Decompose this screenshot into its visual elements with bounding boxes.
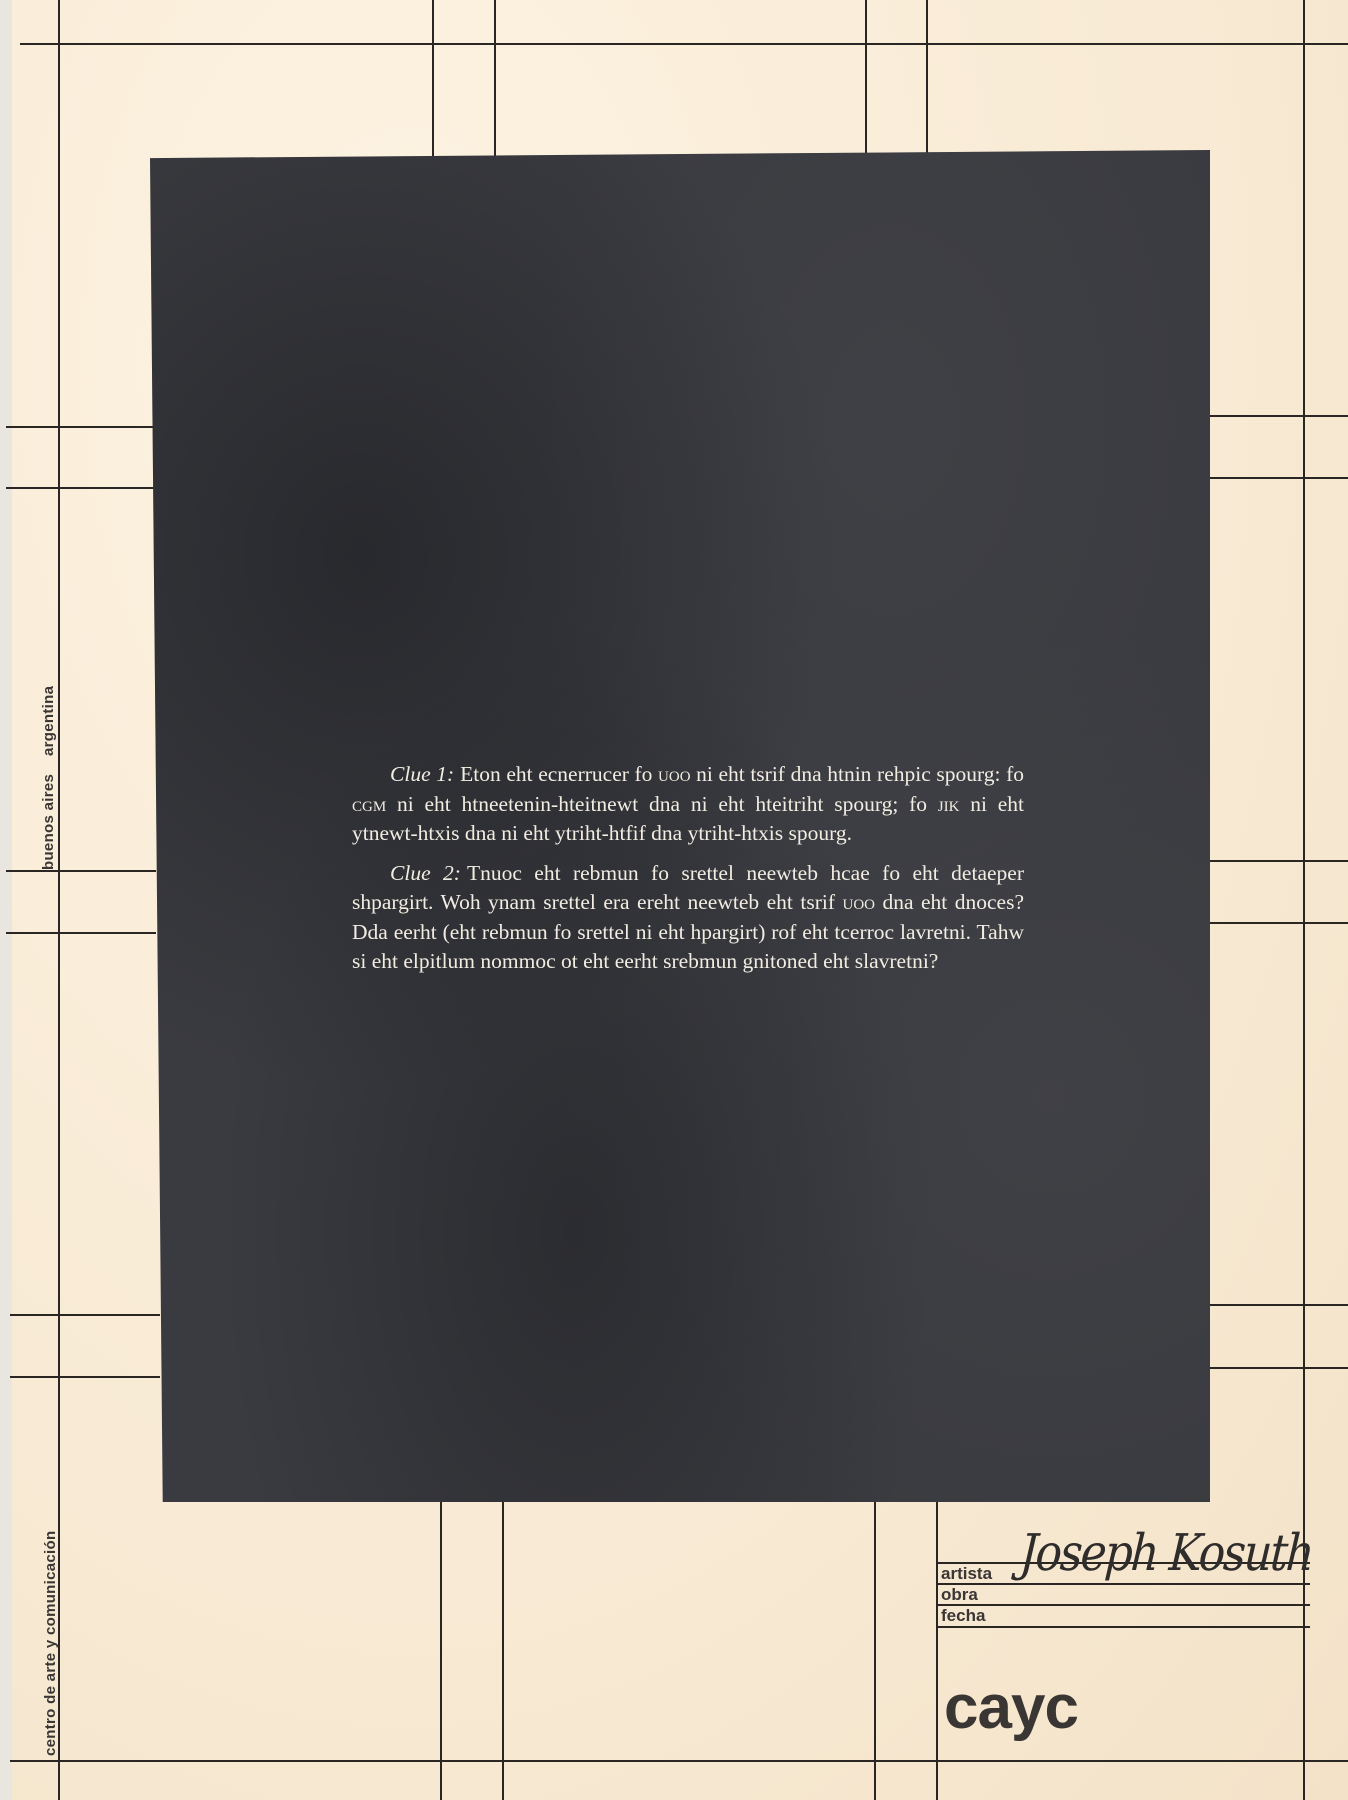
scan-edge (0, 0, 12, 1800)
grid-line (502, 1500, 504, 1800)
artist-signature: Joseph Kosuth (1018, 1524, 1314, 1583)
work-label: obra (941, 1585, 978, 1605)
grid-line (1210, 1304, 1348, 1306)
grid-line (6, 426, 156, 428)
clue-text: uoo (842, 890, 875, 914)
clue-text: ni eht htneetenin-hteitnewt dna ni eht h… (386, 792, 938, 816)
clue-text: uoo (658, 762, 691, 786)
clue-text: cgm (352, 792, 386, 816)
grid-line (6, 932, 156, 934)
grid-line (1205, 477, 1348, 479)
clue-text: Eton eht ecnerrucer fo (460, 762, 658, 786)
clue-text-block: Clue 1:Eton eht ecnerrucer fo uoo ni eht… (352, 760, 1024, 987)
artist-label: artista (941, 1564, 992, 1584)
clue-text: jik (938, 792, 960, 816)
cayc-logo: cayc (944, 1677, 1078, 1739)
clue-label: Clue 1: (390, 762, 454, 786)
grid-line (6, 487, 156, 489)
clue-label: Clue 2: (390, 861, 461, 885)
grid-line (6, 870, 156, 872)
grid-line (936, 1500, 938, 1800)
institution-text: centro de arte y comunicación (42, 1531, 59, 1756)
grid-line-top (20, 43, 1348, 45)
label-line (937, 1626, 1310, 1628)
label-line (937, 1583, 1310, 1585)
clue-1: Clue 1:Eton eht ecnerrucer fo uoo ni eht… (352, 760, 1024, 849)
location-text: buenos aires argentina (40, 686, 57, 870)
grid-line-bottom (10, 1760, 1348, 1762)
grid-line (10, 1314, 160, 1316)
grid-line (440, 1500, 442, 1800)
grid-line (1210, 1367, 1348, 1369)
clue-2: Clue 2:Tnuoc eht rebmun fo srettel neewt… (352, 859, 1024, 977)
date-label: fecha (941, 1606, 985, 1626)
grid-line (1205, 860, 1348, 862)
label-line (937, 1604, 1310, 1606)
grid-line (1205, 415, 1348, 417)
grid-line (10, 1376, 160, 1378)
grid-line (874, 1500, 876, 1800)
grid-line (1205, 922, 1348, 924)
clue-text: ni eht tsrif dna htnin rehpic spourg: fo (691, 762, 1024, 786)
